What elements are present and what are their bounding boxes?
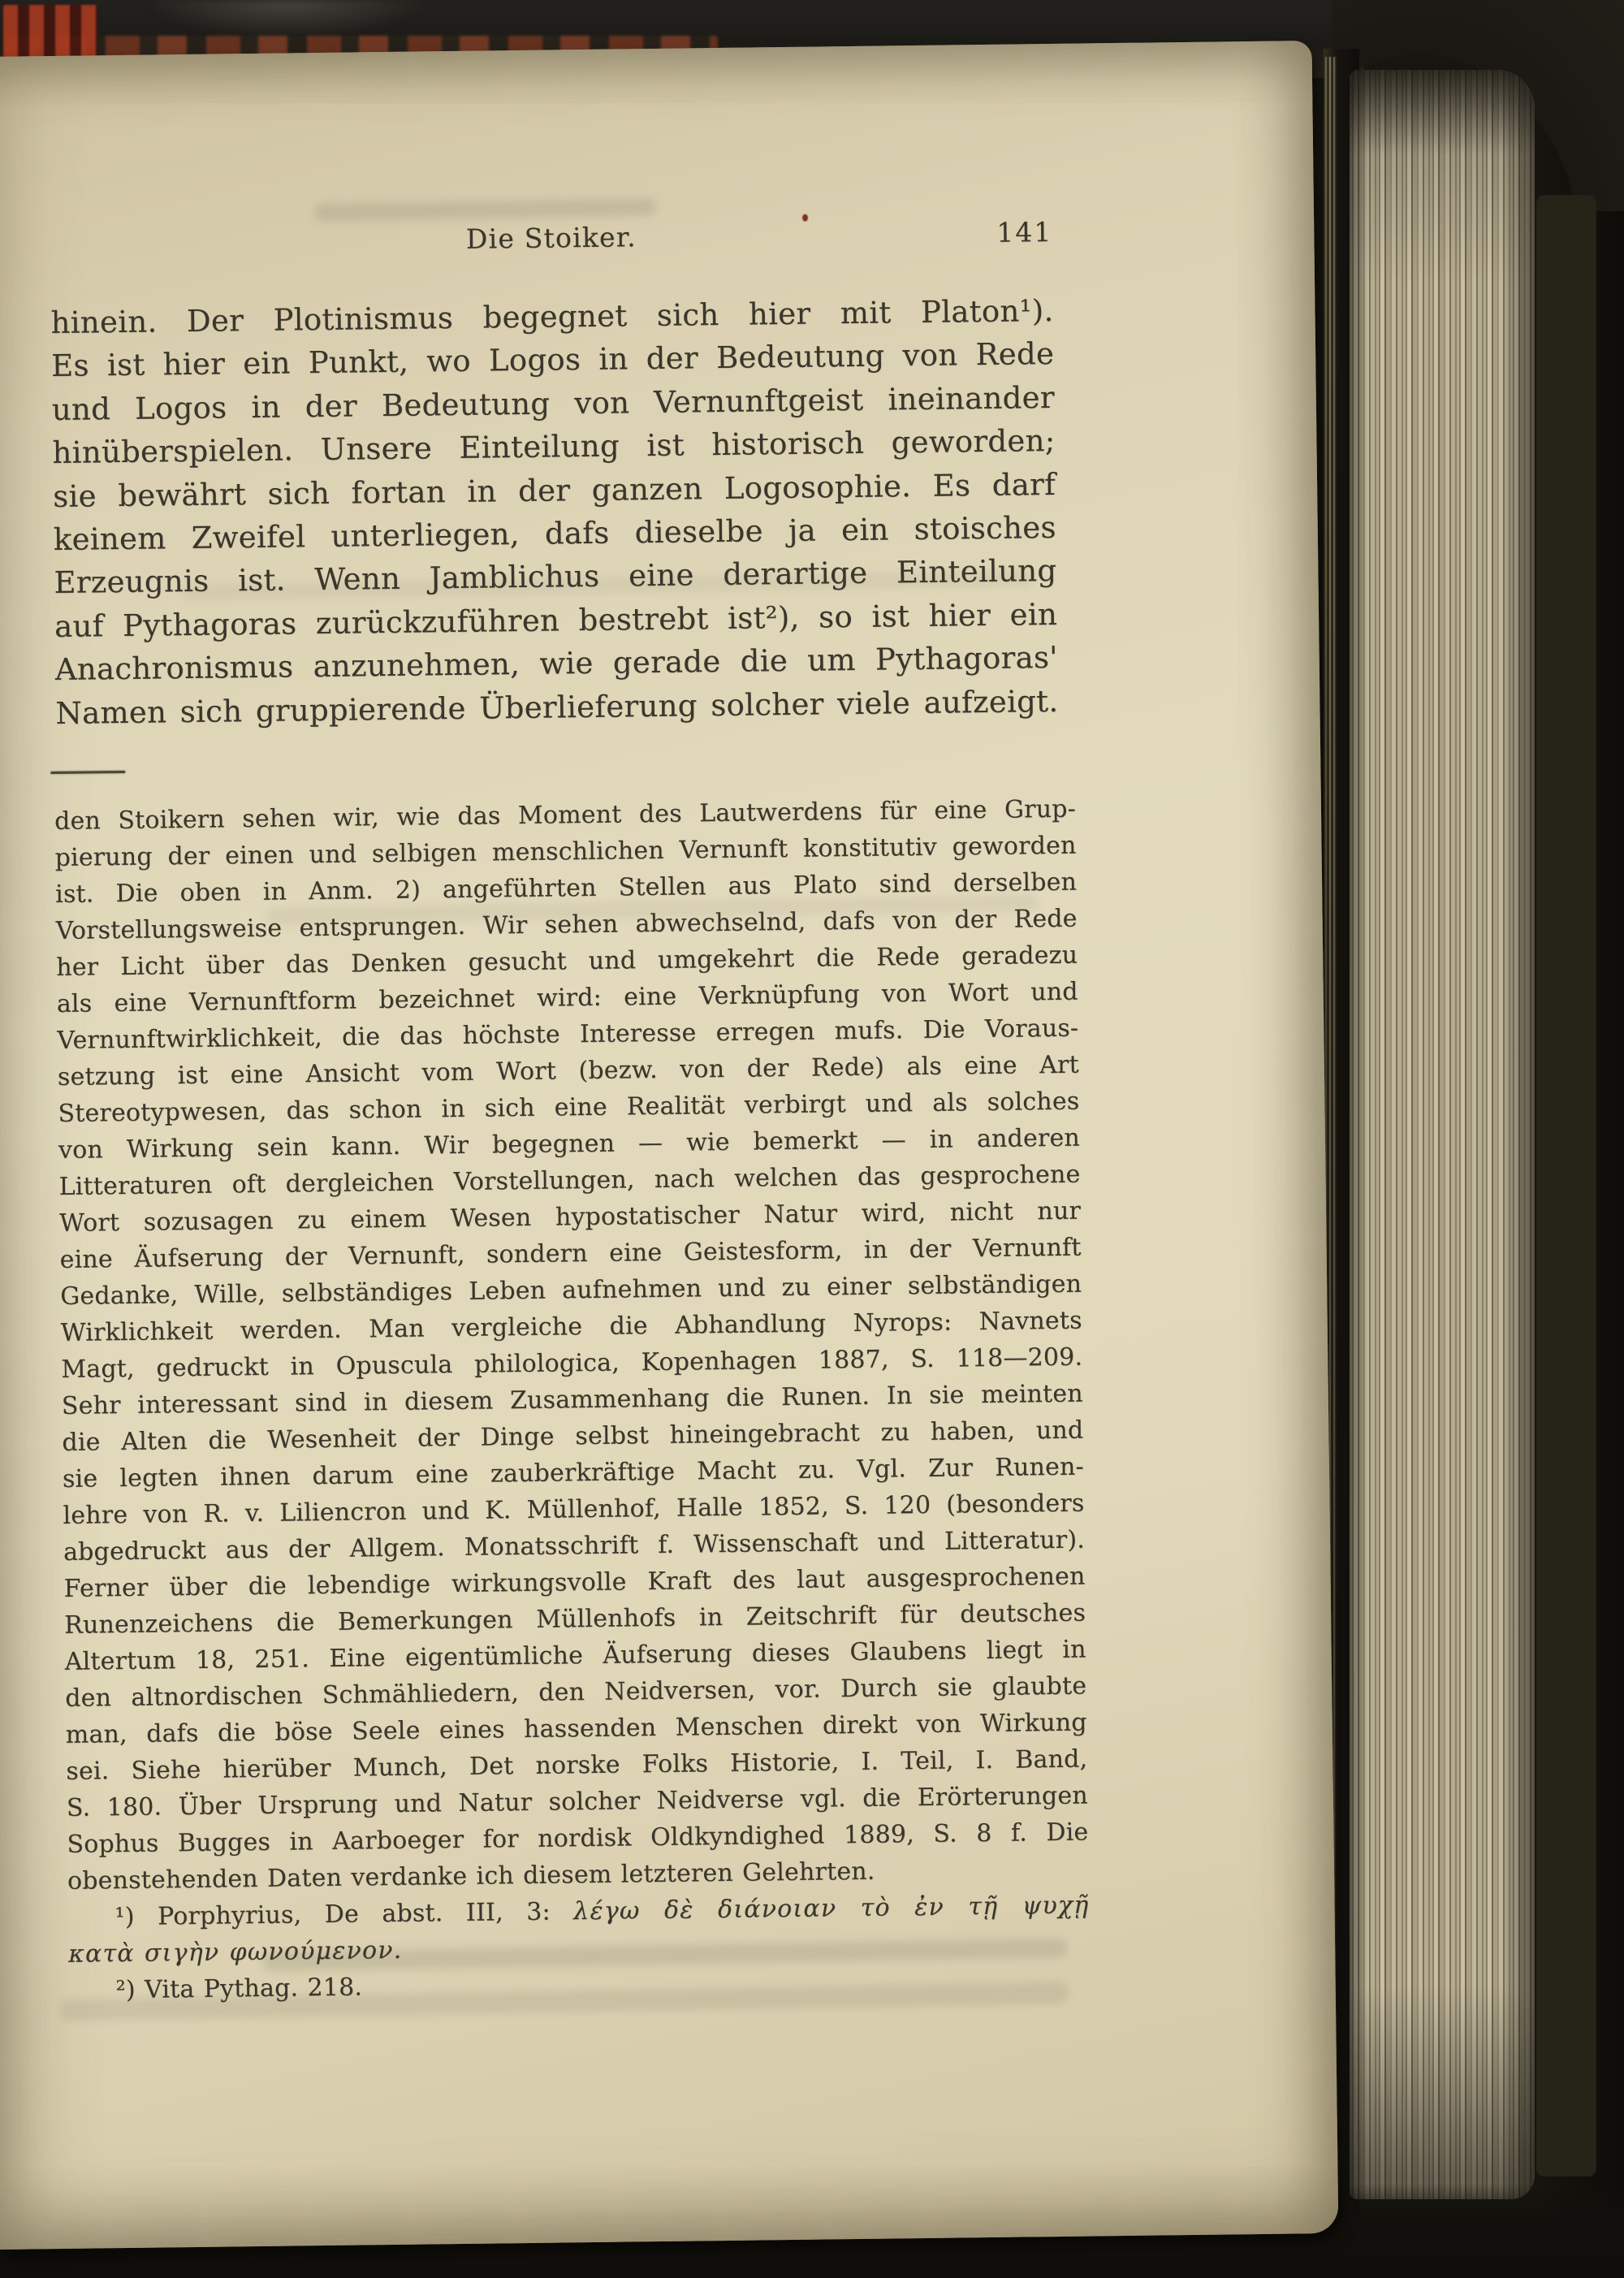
cover-marbling	[1536, 195, 1596, 2176]
footnote-continuation: den Stoikern sehen wir, wie das Moment d…	[54, 791, 1089, 1900]
footnote-1-marker: ¹)	[114, 1903, 135, 1931]
fore-edge-pages	[1350, 70, 1535, 2199]
page-header: Die Stoiker. 141	[50, 216, 1052, 264]
footnote-separator	[50, 771, 125, 774]
footnote-1-roman: Porphyrius, De abst. III, 3:	[134, 1897, 573, 1931]
page-number: 141	[996, 216, 1052, 249]
footnote-1-greek-2: κατὰ σιγὴν φωνούμενον.	[68, 1936, 403, 1969]
show-through-smudge	[315, 198, 656, 222]
book-page: Die Stoiker. 141 hinein. Der Plotinismus…	[0, 41, 1338, 2250]
main-text: hinein. Der Plotinismus begegnet sich hi…	[50, 289, 1058, 735]
red-edge-marks-bright	[3, 5, 97, 58]
footnote-block: den Stoikern sehen wir, wie das Moment d…	[54, 791, 1091, 2009]
footnote-2-marker: ²)	[115, 1976, 136, 2004]
footnote-1-greek: λέγω δὲ διάνοιαν τὸ ἐν τῇ ψυχῇ	[573, 1891, 1090, 1926]
top-highlight	[153, 0, 421, 36]
running-title: Die Stoiker.	[50, 216, 1052, 260]
footnote-2-text: Vita Pythag. 218.	[136, 1973, 363, 2004]
book-scan: Die Stoiker. 141 hinein. Der Plotinismus…	[0, 0, 1624, 2278]
